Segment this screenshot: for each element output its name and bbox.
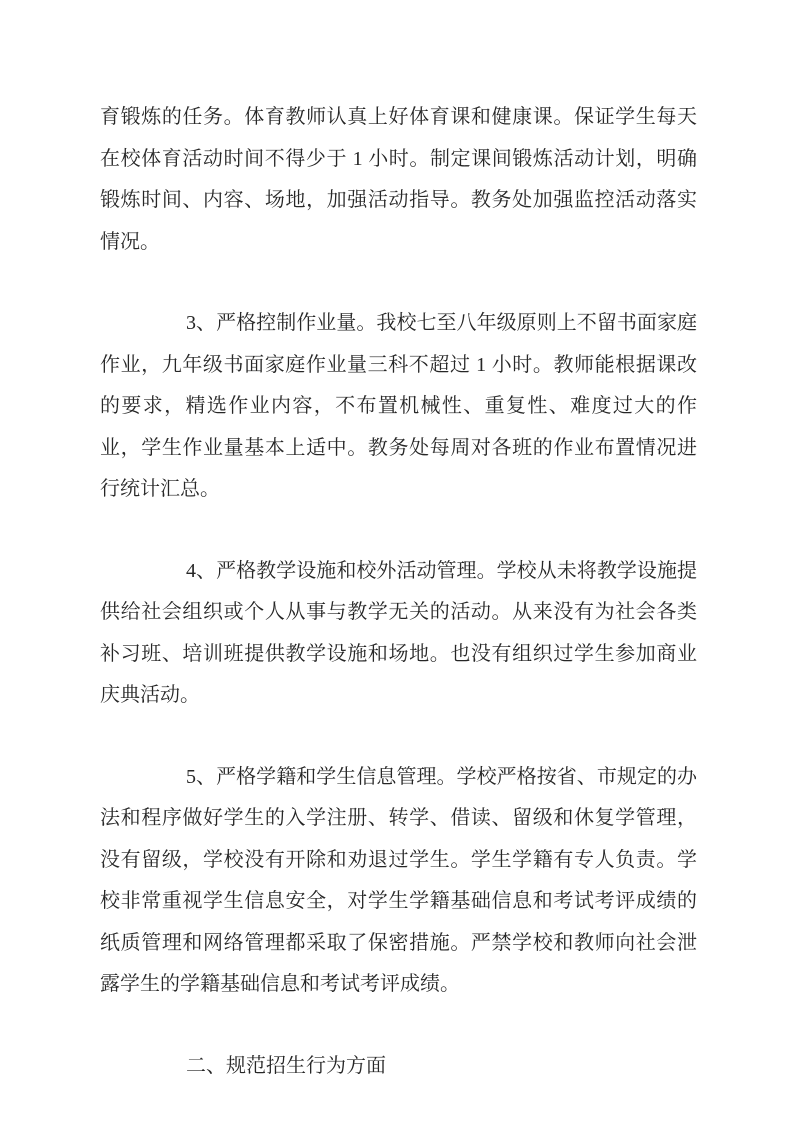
paragraph-continuation: 育锻炼的任务。体育教师认真上好体育课和健康课。保证学生每天在校体育活动时间不得少… (100, 97, 697, 263)
paragraph-item-3: 3、严格控制作业量。我校七至八年级原则上不留书面家庭作业，九年级书面家庭作业量三… (100, 303, 697, 511)
section-heading: 二、规范招生行为方面 (100, 1046, 697, 1088)
paragraph-item-5: 5、严格学籍和学生信息管理。学校严格按省、市规定的办法和程序做好学生的入学注册、… (100, 757, 697, 1006)
document-page: 育锻炼的任务。体育教师认真上好体育课和健康课。保证学生每天在校体育活动时间不得少… (0, 0, 793, 1122)
paragraph-item-4: 4、严格教学设施和校外活动管理。学校从未将教学设施提供给社会组织或个人从事与教学… (100, 551, 697, 717)
